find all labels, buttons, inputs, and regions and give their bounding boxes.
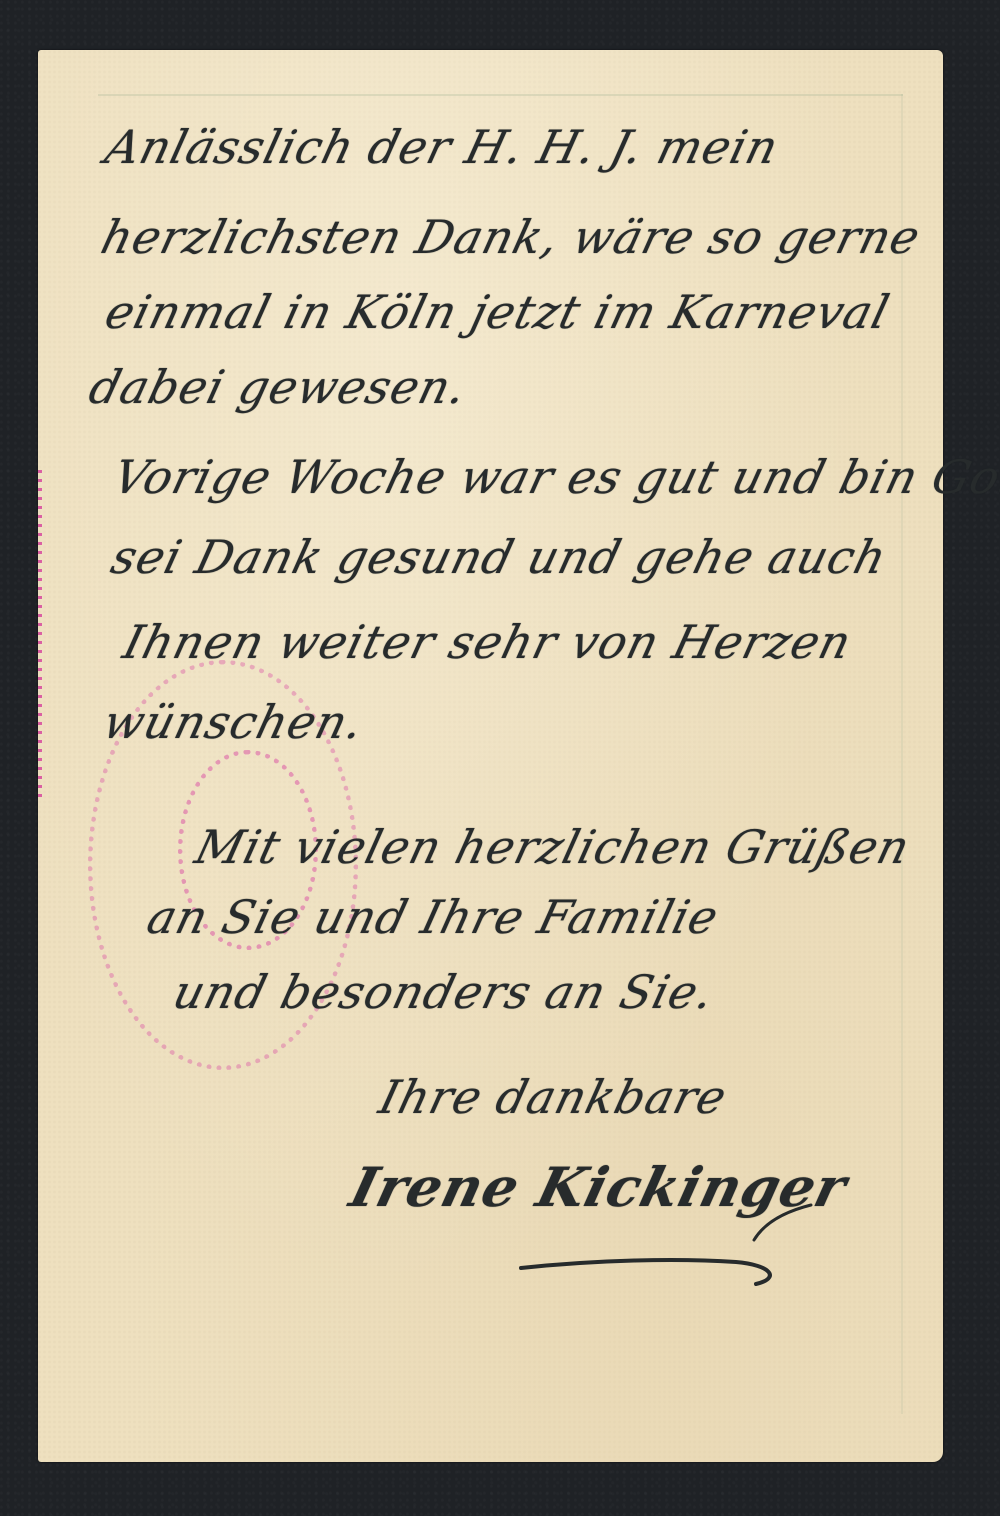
printed-frame-line-top (98, 94, 903, 96)
letter-line-11: und besonders an Sie. (168, 965, 720, 1019)
letter-line-6: sei Dank gesund und gehe auch (106, 530, 893, 584)
letter-line-10: an Sie und Ihre Familie (142, 890, 724, 944)
letter-line-8: wünschen. (98, 695, 370, 749)
letter-line-1: Anlässlich der H. H. J. mein (100, 120, 784, 174)
letter-line-4: dabei gewesen. (84, 360, 473, 414)
letter-line-7: Ihnen weiter sehr von Herzen (118, 615, 857, 669)
signature-flourish (516, 1200, 816, 1300)
postmark-edge-fragment (38, 470, 42, 800)
letter-line-2: herzlichsten Dank, wäre so gerne (96, 210, 926, 264)
letter-line-9: Mit vielen herzlichen Grüßen (190, 820, 916, 874)
postcard: Anlässlich der H. H. J. mein herzlichste… (38, 50, 943, 1462)
printed-frame-line-right (901, 94, 903, 1414)
letter-line-5: Vorige Woche war es gut und bin Gott (108, 450, 1000, 504)
closing-line: Ihre dankbare (374, 1070, 733, 1124)
letter-line-3: einmal in Köln jetzt im Karneval (100, 285, 895, 339)
